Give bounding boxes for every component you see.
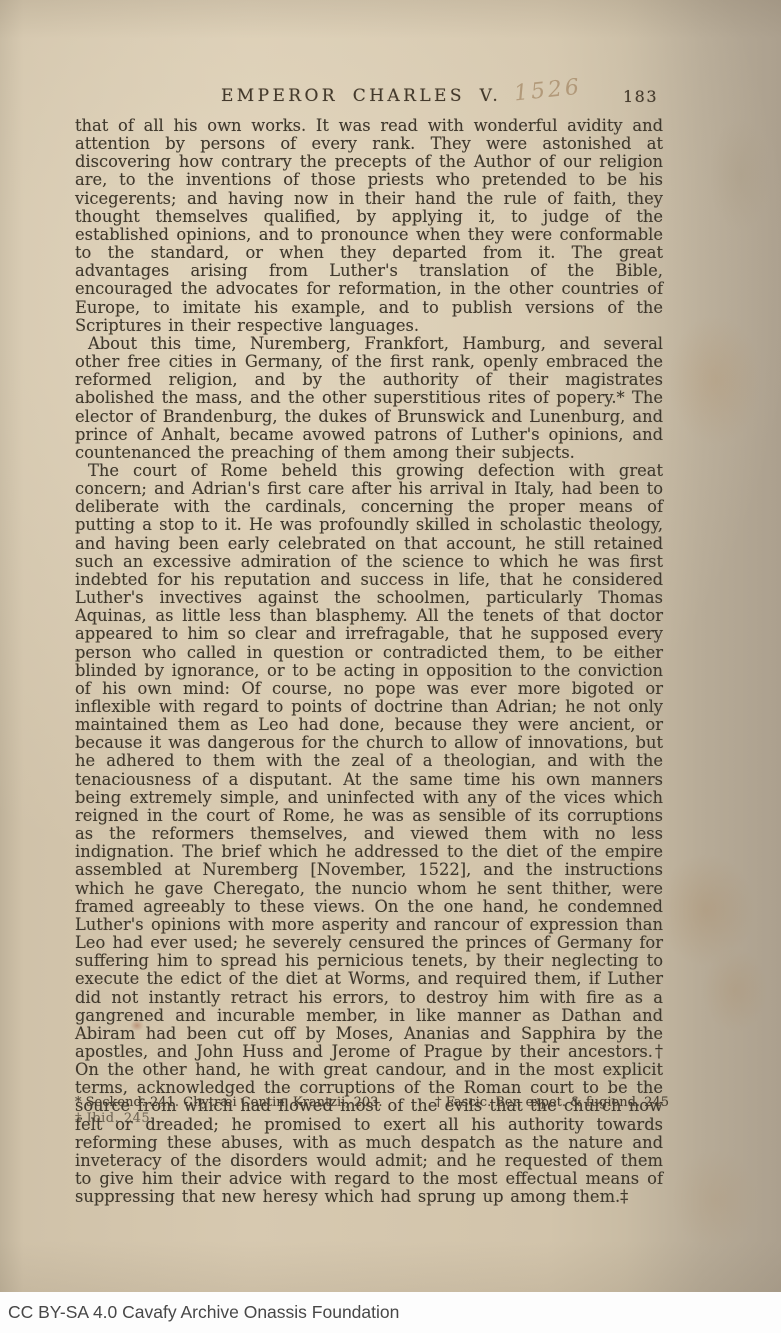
attribution-bar: CC BY-SA 4.0 Cavafy Archive Onassis Foun…	[0, 1292, 781, 1333]
footnote-right: † Fascic. Ber. expet. & fugiend. 245	[435, 1095, 669, 1110]
paper-stain	[655, 1130, 775, 1270]
footnote-ibid: ‡ Ibid. 245.	[75, 1111, 155, 1126]
footnote-row: * Seckend. 241. Chytræi Contin. Krantzii…	[75, 1095, 669, 1110]
handwritten-year-annotation: 1526	[513, 75, 583, 107]
scanned-book-page: EMPEROR CHARLES V. 1526 183 that of all …	[0, 0, 781, 1292]
page-header: EMPEROR CHARLES V. 1526 183	[0, 84, 781, 110]
running-title: EMPEROR CHARLES V.	[221, 86, 501, 106]
paper-stain	[688, 930, 781, 1050]
footnotes-block: * Seckend. 241. Chytræi Contin. Krantzii…	[75, 1095, 669, 1126]
paper-stain	[698, 100, 781, 250]
page-number: 183	[623, 87, 658, 106]
footnote-left: * Seckend. 241. Chytræi Contin. Krantzii…	[75, 1095, 383, 1110]
paragraph-2: About this time, Nuremberg, Frankfort, H…	[75, 335, 663, 462]
license-attribution: CC BY-SA 4.0 Cavafy Archive Onassis Foun…	[0, 1302, 399, 1323]
paragraph-1: that of all his own works. It was read w…	[75, 117, 663, 335]
footnote-row: ‡ Ibid. 245.	[75, 1111, 669, 1126]
page-body-text: that of all his own works. It was read w…	[75, 117, 663, 1206]
paper-stain	[650, 290, 780, 470]
screenshot-viewport: EMPEROR CHARLES V. 1526 183 that of all …	[0, 0, 781, 1333]
